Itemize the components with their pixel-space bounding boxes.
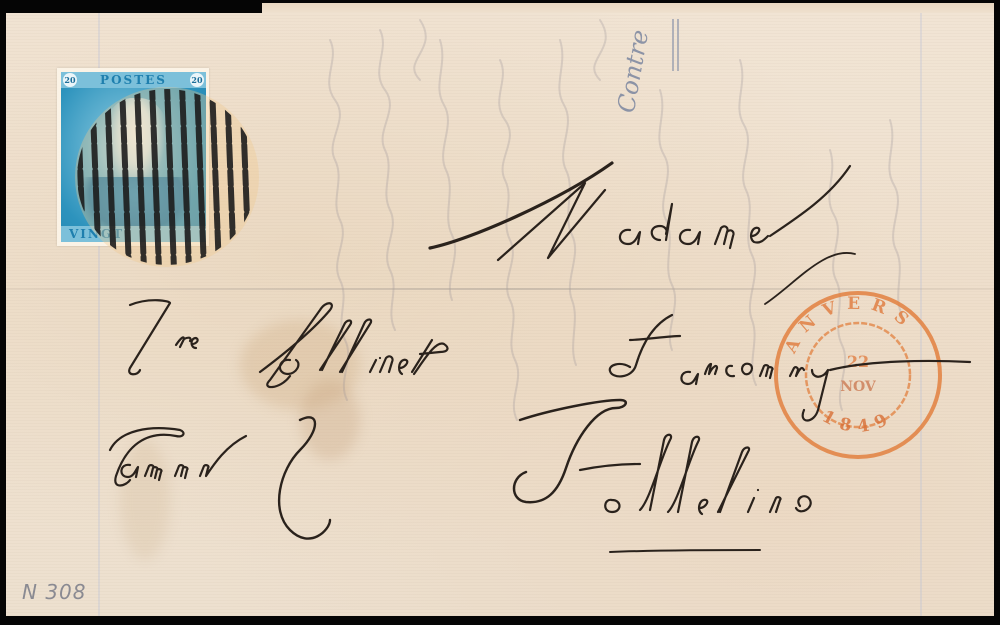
pencil-annotation-number: N 308 (22, 580, 87, 604)
postmark-year: 1849 (819, 406, 898, 437)
postmark-month: NOV (840, 379, 877, 395)
svg-text:1849: 1849 (819, 406, 898, 437)
circular-date-postmark: ANVERS 1849 22 NOV (770, 287, 945, 462)
pencil-double-mark (665, 15, 685, 75)
bar-cancellation (62, 85, 262, 270)
photo-scene: 20 POSTES 20 VINGT (0, 0, 1000, 625)
postmark-day: 22 (847, 352, 869, 371)
